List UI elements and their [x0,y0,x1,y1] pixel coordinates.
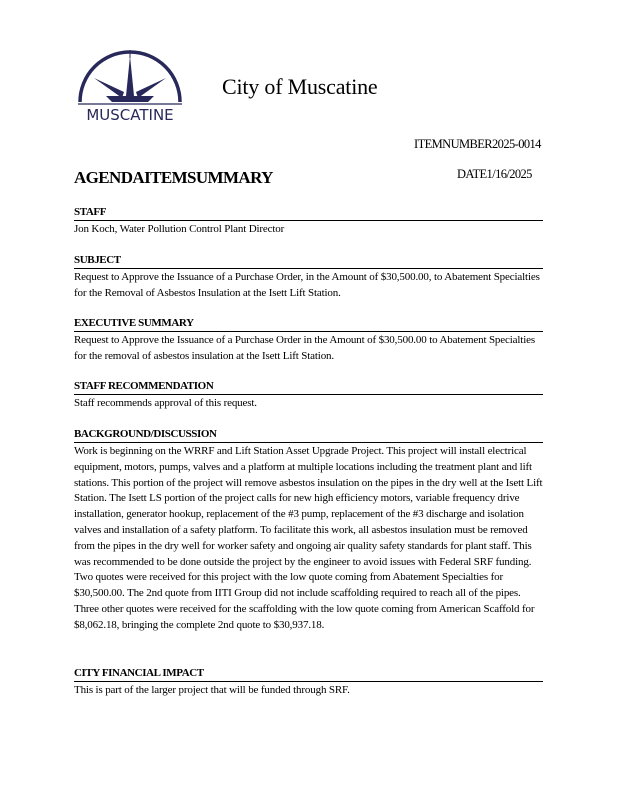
section-body: Request to Approve the Issuance of a Pur… [74,332,543,365]
section-heading: BACKGROUND/DISCUSSION [74,428,543,443]
section-body: Jon Koch, Water Pollution Control Plant … [74,221,543,238]
section-executive-summary: EXECUTIVE SUMMARY Request to Approve the… [74,317,543,365]
city-title: City of Muscatine [222,74,377,100]
muscatine-logo: MUSCATINE [74,48,186,124]
section-background-discussion: BACKGROUND/DISCUSSION Work is beginning … [74,428,543,634]
section-body: This is part of the larger project that … [74,682,543,699]
agenda-title: AGENDAITEMSUMMARY [74,168,273,188]
section-body: Staff recommends approval of this reques… [74,395,543,412]
item-number: ITEMNUMBER2025-0014 [414,137,541,152]
svg-text:MUSCATINE: MUSCATINE [86,106,173,124]
agenda-date: DATE1/16/2025 [457,167,532,182]
section-heading: CITY FINANCIAL IMPACT [74,667,543,682]
section-subject: SUBJECT Request to Approve the Issuance … [74,254,543,302]
section-heading: STAFF RECOMMENDATION [74,380,543,395]
section-body: Request to Approve the Issuance of a Pur… [74,269,543,302]
section-heading: STAFF [74,206,543,221]
section-heading: SUBJECT [74,254,543,269]
section-city-financial-impact: CITY FINANCIAL IMPACT This is part of th… [74,667,543,699]
section-heading: EXECUTIVE SUMMARY [74,317,543,332]
section-staff-recommendation: STAFF RECOMMENDATION Staff recommends ap… [74,380,543,412]
section-body: Work is beginning on the WRRF and Lift S… [74,443,543,634]
section-staff: STAFF Jon Koch, Water Pollution Control … [74,206,543,238]
